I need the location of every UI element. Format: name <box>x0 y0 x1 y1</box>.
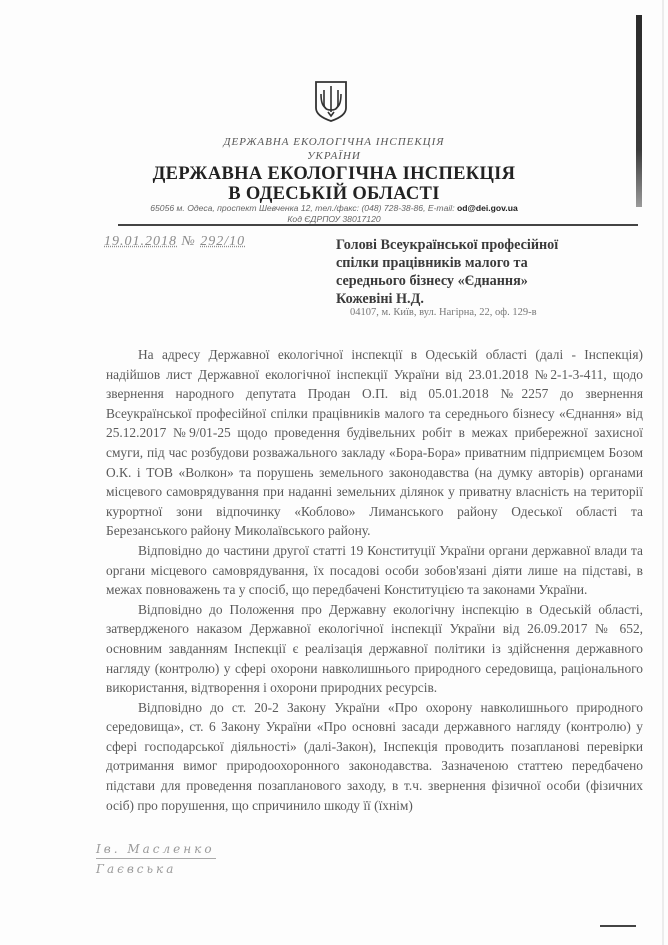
letter-body: На адресу Державної екологічної інспекці… <box>106 345 643 815</box>
org-edrpou: Код ЄДРПОУ 38017120 <box>0 214 668 224</box>
org-name-line2: В ОДЕСЬКІЙ ОБЛАСТІ <box>0 184 668 205</box>
addressee-line: спілки працівників малого та <box>336 254 646 272</box>
addressee-line: Голові Всеукраїнської професійної <box>336 236 646 254</box>
handwritten-line: Ів. Масленко <box>96 842 216 859</box>
header-divider <box>118 224 638 226</box>
outgoing-number-label: № <box>182 234 196 249</box>
org-address: 65056 м. Одеса, проспект Шевченка 12, те… <box>0 203 668 213</box>
org-address-text: 65056 м. Одеса, проспект Шевченка 12, те… <box>150 203 454 213</box>
scan-artifact-line <box>600 925 636 927</box>
outgoing-number: 292/10 <box>200 234 245 249</box>
org-name-line1: ДЕРЖАВНА ЕКОЛОГІЧНА ІНСПЕКЦІЯ <box>0 164 668 185</box>
parent-org-line2: УКРАЇНИ <box>0 150 668 162</box>
body-paragraph: Відповідно до частини другої статті 19 К… <box>106 541 643 600</box>
body-paragraph: Відповідно до ст. 20-2 Закону України «П… <box>106 698 643 816</box>
addressee-line: середнього бізнесу «Єднання» <box>336 272 646 290</box>
addressee-name: Кожевіні Н.Д. <box>336 290 646 308</box>
org-email-link[interactable]: od@dei.gov.ua <box>457 203 518 213</box>
outgoing-reference: 19.01.2018 № 292/10 <box>104 234 245 250</box>
outgoing-date: 19.01.2018 <box>104 234 177 249</box>
addressee-address: 04107, м. Київ, вул. Нагірна, 22, оф. 12… <box>350 307 537 318</box>
body-paragraph: На адресу Державної екологічної інспекці… <box>106 345 643 541</box>
parent-org-line1: ДЕРЖАВНА ЕКОЛОГІЧНА ІНСПЕКЦІЯ <box>0 136 668 148</box>
body-paragraph: Відповідно до Положення про Державну еко… <box>106 600 643 698</box>
trident-coat-of-arms-icon <box>314 80 348 122</box>
handwritten-line: Гаєвська <box>96 862 216 876</box>
handwritten-note: Ів. Масленко Гаєвська <box>96 842 216 876</box>
addressee-block: Голові Всеукраїнської професійної спілки… <box>336 236 646 308</box>
